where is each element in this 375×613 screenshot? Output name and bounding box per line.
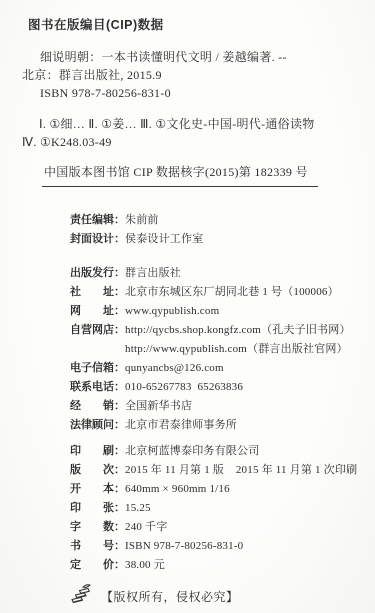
colophon: 责任编辑：朱前前 封面设计：侯泰设计工作室 出版发行：群言出版社 社址：北京市东…	[0, 211, 375, 575]
label-colon: ：	[114, 359, 125, 378]
colophon-row-cover-design: 封面设计：侯泰设计工作室	[70, 230, 375, 249]
field-value: 全国新华书店	[125, 397, 375, 416]
field-label: 经销	[70, 397, 114, 416]
label-colon: ：	[114, 211, 125, 230]
colophon-row-format: 开本：640mm × 960mm 1/16	[70, 480, 375, 499]
field-value: 北京市东城区东厂胡同北巷 1 号（100006）	[125, 283, 375, 302]
label-colon: ：	[114, 556, 125, 575]
colophon-row-publisher: 出版发行：群言出版社	[70, 264, 375, 283]
colophon-row-price: 定价：38.00 元	[70, 556, 375, 575]
colophon-row-edition: 版次：2015 年 11 月第 1 版 2015 年 11 月第 1 次印刷	[70, 461, 375, 480]
field-value: 38.00 元	[125, 556, 375, 575]
field-label: 自营网店	[70, 321, 114, 340]
field-label: 网址	[70, 302, 114, 321]
cip-title-line: 细说明朝：一本书读懂明代文明 / 姜越编著. --	[40, 48, 375, 66]
field-value: http://qycbs.shop.kongfz.com（孔夫子旧书网）	[125, 321, 375, 340]
print-info-group: 印刷：北京柯蓝博泰印务有限公司 版次：2015 年 11 月第 1 版 2015…	[0, 442, 375, 575]
field-value: 北京柯蓝博泰印务有限公司	[125, 442, 375, 461]
cip-record-number: 中国版本图书馆 CIP 数据核字(2015)第 182339 号	[42, 164, 318, 187]
colophon-row-address: 社址：北京市东城区东厂胡同北巷 1 号（100006）	[70, 283, 375, 302]
label-colon: ：	[114, 480, 125, 499]
label-colon: ：	[114, 378, 125, 397]
cip-record-wrap: 中国版本图书馆 CIP 数据核字(2015)第 182339 号	[42, 163, 375, 187]
field-value: 15.25	[125, 499, 375, 518]
label-colon: ：	[114, 442, 125, 461]
colophon-row-online-store-2: http://www.qypublish.com（群言出版社官网）	[70, 340, 375, 359]
label-colon: ：	[114, 264, 125, 283]
label-colon: ：	[114, 537, 125, 556]
colophon-row-phone: 联系电话：010-65267783 65263836	[70, 378, 375, 397]
field-label: 责任编辑	[70, 211, 114, 230]
colophon-row-online-store: 自营网店：http://qycbs.shop.kongfz.com（孔夫子旧书网…	[70, 321, 375, 340]
field-label: 版次	[70, 461, 114, 480]
field-label: 字数	[70, 518, 114, 537]
colophon-row-website: 网址：www.qypublish.com	[70, 302, 375, 321]
field-value: qunyancbs@126.com	[125, 359, 375, 378]
colophon-row-word-count: 字数：240 千字	[70, 518, 375, 537]
field-label: 印张	[70, 499, 114, 518]
colophon-row-legal-counsel: 法律顾问：北京市君泰律师事务所	[70, 416, 375, 435]
field-value: http://www.qypublish.com（群言出版社官网）	[125, 340, 375, 359]
label-colon: ：	[114, 397, 125, 416]
field-label: 出版发行	[70, 264, 114, 283]
label-colon: ：	[114, 230, 125, 249]
label-colon: ：	[114, 321, 125, 340]
cip-class-line-2: Ⅳ. ①K248.03-49	[22, 133, 375, 151]
label-colon: ：	[114, 518, 125, 537]
cip-class-line-1: Ⅰ. ①细… Ⅱ. ①姜… Ⅲ. ①文化史-中国-明代-通俗读物	[39, 115, 375, 133]
copyright-footer: 【版权所有，侵权必究】	[70, 582, 375, 610]
field-label: 法律顾问	[70, 416, 114, 435]
field-label: 封面设计	[70, 230, 114, 249]
label-colon: ：	[114, 461, 125, 480]
label-colon: ：	[114, 416, 125, 435]
field-label: 电子信箱	[70, 359, 114, 378]
cip-publisher-line: 北京：群言出版社, 2015.9	[22, 66, 375, 84]
label-colon: ：	[114, 283, 125, 302]
field-value: 朱前前	[125, 211, 375, 230]
field-value: 240 千字	[125, 518, 375, 537]
book-copyright-page: 图书在版编目(CIP)数据 细说明朝：一本书读懂明代文明 / 姜越编著. -- …	[0, 0, 375, 613]
field-value: ISBN 978-7-80256-831-0	[125, 537, 375, 556]
label-colon: ：	[114, 499, 125, 518]
colophon-row-distribution: 经销：全国新华书店	[70, 397, 375, 416]
cip-isbn-line: ISBN 978-7-80256-831-0	[40, 84, 375, 102]
colophon-row-sheets: 印张：15.25	[70, 499, 375, 518]
colophon-row-email: 电子信箱：qunyancbs@126.com	[70, 359, 375, 378]
field-label: 联系电话	[70, 378, 114, 397]
field-label: 定价	[70, 556, 114, 575]
field-label: 社址	[70, 283, 114, 302]
cip-header: 图书在版编目(CIP)数据	[28, 16, 375, 34]
field-value: 侯泰设计工作室	[125, 230, 375, 249]
field-label: 开本	[70, 480, 114, 499]
field-value: 群言出版社	[125, 264, 375, 283]
label-colon: ：	[114, 302, 125, 321]
field-value: 2015 年 11 月第 1 版 2015 年 11 月第 1 次印刷	[125, 461, 375, 480]
colophon-row-editor: 责任编辑：朱前前	[70, 211, 375, 230]
field-value: 010-65267783 65263836	[125, 378, 375, 397]
stacked-books-logo-icon	[70, 582, 94, 610]
field-value: www.qypublish.com	[125, 302, 375, 321]
cip-block: 图书在版编目(CIP)数据 细说明朝：一本书读懂明代文明 / 姜越编著. -- …	[0, 16, 375, 187]
field-label: 书号	[70, 537, 114, 556]
copyright-notice: 【版权所有，侵权必究】	[101, 588, 239, 605]
field-value: 北京市君泰律师事务所	[125, 416, 375, 435]
colophon-row-printer: 印刷：北京柯蓝博泰印务有限公司	[70, 442, 375, 461]
field-value: 640mm × 960mm 1/16	[125, 480, 375, 499]
field-label: 印刷	[70, 442, 114, 461]
colophon-row-isbn: 书号：ISBN 978-7-80256-831-0	[70, 537, 375, 556]
